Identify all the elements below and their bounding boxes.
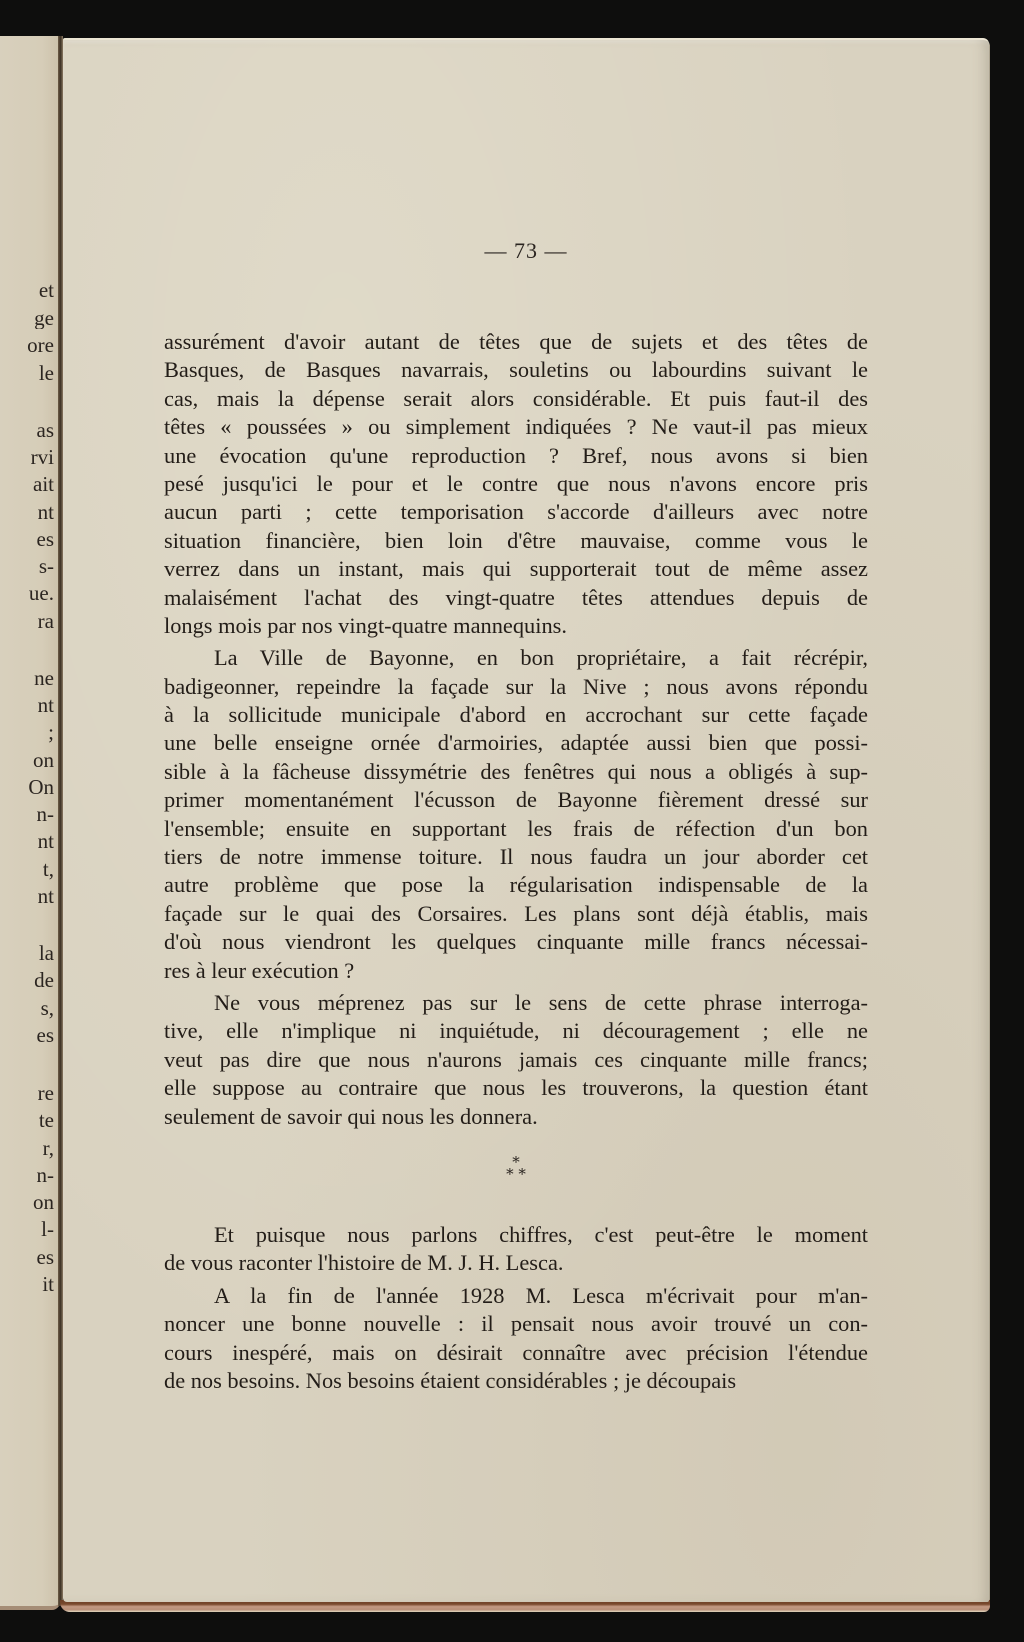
text-line: Et puisque nous parlons chiffres, c'est … [164,1221,868,1249]
paragraph: Ne vous méprenez pas sur le sens de cett… [164,989,868,1131]
previous-page-text-fragment: de [0,970,54,991]
previous-page-text-fragment: ne [0,668,54,689]
page-number: — 73 — [63,238,989,264]
previous-page-text-fragment: t, [0,859,54,880]
text-line: à la sollicitude municipale d'abord en a… [164,701,868,729]
previous-page-text-fragment: n- [0,1165,54,1186]
text-line: de nos besoins. Nos besoins étaient cons… [164,1367,868,1395]
text-line: res à leur exécution ? [164,957,868,985]
previous-page-text-fragment: la [0,943,54,964]
previous-page-text-fragment: es [0,1247,54,1268]
previous-page-text-fragment: l- [0,1219,54,1240]
previous-page-text-fragment: nt [0,831,54,852]
text-line: verrez dans un instant, mais qui support… [164,555,868,583]
paragraph: A la fin de l'année 1928 M. Lesca m'écri… [164,1282,868,1396]
text-line: noncer une bonne nouvelle : il pensait n… [164,1310,868,1338]
previous-page-text-fragment: ra [0,611,54,632]
text-line: Basques, de Basques navarrais, souletins… [164,356,868,384]
text-line: de vous raconter l'histoire de M. J. H. … [164,1249,868,1277]
text-line: malaisément l'achat des vingt-quatre têt… [164,584,868,612]
text-line: badigeonner, repeindre la façade sur la … [164,673,868,701]
previous-page-text-fragment: nt [0,502,54,523]
previous-page-edge: etgeoreleasrviaitntess-ue.ranent;onOnn-n… [0,36,60,1610]
text-line: La Ville de Bayonne, en bon propriétaire… [164,644,868,672]
previous-page-text-fragment: re [0,1083,54,1104]
text-line: pesé jusqu'ici le pour et le contre que … [164,470,868,498]
paragraph: assurément d'avoir autant de têtes que d… [164,328,868,640]
text-line: cours inespéré, mais on désirait connaît… [164,1339,868,1367]
previous-page-text-fragment: rvi [0,447,54,468]
previous-page-text-fragment: ue. [0,583,54,604]
previous-page-text-fragment: te [0,1110,54,1131]
previous-page-text-fragment: ait [0,474,54,495]
paragraphs-before-break: assurément d'avoir autant de têtes que d… [164,328,868,1131]
previous-page-text-fragment: s, [0,998,54,1019]
previous-page-text-fragment: n- [0,804,54,825]
text-line: autre problème que pose la régularisatio… [164,871,868,899]
text-line: têtes « poussées » ou simplement indiqué… [164,413,868,441]
previous-page-text-fragment: s- [0,556,54,577]
text-line: situation financière, bien loin d'être m… [164,527,868,555]
previous-page-text-fragment: on [0,750,54,771]
text-line: tive, elle n'implique ni inquiétude, ni … [164,1017,868,1045]
previous-page-text-fragment: On [0,777,54,798]
paragraph: La Ville de Bayonne, en bon propriétaire… [164,644,868,985]
text-line: d'où nous viendront les quelques cinquan… [164,928,868,956]
text-line: une évocation qu'une reproduction ? Bref… [164,442,868,470]
text-line: A la fin de l'année 1928 M. Lesca m'écri… [164,1282,868,1310]
previous-page-text-fragment: on [0,1192,54,1213]
text-line: façade sur le quai des Corsaires. Les pl… [164,900,868,928]
text-line: elle suppose au contraire que nous les t… [164,1074,868,1102]
previous-page-text-fragment: et [0,280,54,301]
text-line: cas, mais la dépense serait alors consid… [164,385,868,413]
body-text: assurément d'avoir autant de têtes que d… [164,328,868,1395]
text-line: aucun parti ; cette temporisation s'acco… [164,498,868,526]
previous-page-text-fragment: as [0,420,54,441]
previous-page-text-fragment: nt [0,886,54,907]
text-line: une belle enseigne ornée d'armoiries, ad… [164,729,868,757]
text-line: l'ensemble; ensuite en supportant les fr… [164,815,868,843]
text-line: longs mois par nos vingt-quatre mannequi… [164,612,868,640]
section-break-asterism: * * * [164,1131,868,1221]
previous-page-text-fragment: es [0,1025,54,1046]
text-line: seulement de savoir qui nous les donnera… [164,1103,868,1131]
paragraphs-after-break: Et puisque nous parlons chiffres, c'est … [164,1221,868,1395]
book-scan: etgeoreleasrviaitntess-ue.ranent;onOnn-n… [0,0,1024,1642]
previous-page-text-fragment: ; [0,722,54,743]
paragraph: Et puisque nous parlons chiffres, c'est … [164,1221,868,1278]
previous-page-text-fragment: ge [0,308,54,329]
previous-page-text-fragment: nt [0,695,54,716]
text-line: primer momentanément l'écusson de Bayonn… [164,786,868,814]
asterism-bottom: * * [164,1168,868,1180]
page: — 73 — assurément d'avoir autant de tête… [63,38,989,1602]
previous-page-text-fragment: r, [0,1138,54,1159]
text-line: sible à la fâcheuse dissymétrie des fenê… [164,758,868,786]
text-line: veut pas dire que nous n'aurons jamais c… [164,1046,868,1074]
text-line: tiers de notre immense toiture. Il nous … [164,843,868,871]
previous-page-text-fragment: ore [0,335,54,356]
text-line: assurément d'avoir autant de têtes que d… [164,328,868,356]
previous-page-text-fragment: le [0,363,54,384]
text-line: Ne vous méprenez pas sur le sens de cett… [164,989,868,1017]
previous-page-text-fragment: es [0,529,54,550]
previous-page-text-fragment: it [0,1274,54,1295]
